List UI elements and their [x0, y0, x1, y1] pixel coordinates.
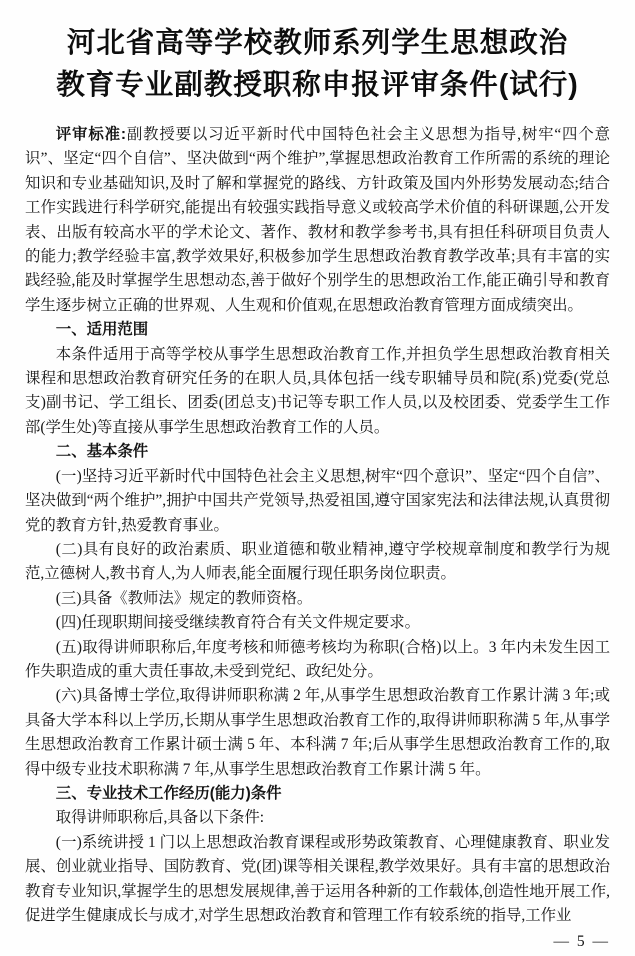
document-body: 评审标准:副教授要以习近平新时代中国特色社会主义思想为指导,树牢“四个意识”、坚… — [25, 123, 610, 928]
paragraph-applicable-scope: 本条件适用于高等学校从事学生思想政治教育工作,并担负学生思想政治教育相关课程和思… — [25, 343, 610, 441]
intro-paragraph: 评审标准:副教授要以习近平新时代中国特色社会主义思想为指导,树牢“四个意识”、坚… — [25, 123, 610, 318]
paragraph-experience-condition-1: (一)系统讲授 1 门以上思想政治教育课程或形势政策教育、心理健康教育、职业发展… — [25, 831, 610, 929]
page-title: 河北省高等学校教师系列学生思想政治 教育专业副教授职称申报评审条件(试行) — [0, 0, 635, 106]
paragraph-basic-condition-4: (四)任现职期间接受继续教育符合有关文件规定要求。 — [25, 611, 610, 635]
page-title-line-1: 河北省高等学校教师系列学生思想政治 — [10, 22, 625, 64]
intro-text: 副教授要以习近平新时代中国特色社会主义思想为指导,树牢“四个意识”、坚定“四个自… — [25, 126, 610, 314]
document-page: 河北省高等学校教师系列学生思想政治 教育专业副教授职称申报评审条件(试行) 评审… — [0, 0, 635, 956]
page-number: — 5 — — [554, 933, 611, 951]
paragraph-basic-condition-3: (三)具备《教师法》规定的教师资格。 — [25, 587, 610, 611]
heading-basic-conditions: 二、基本条件 — [25, 440, 610, 464]
paragraph-basic-condition-6: (六)具备博士学位,取得讲师职称满 2 年,从事学生思想政治教育工作累计满 3 … — [25, 684, 610, 782]
heading-applicable-scope: 一、适用范围 — [25, 318, 610, 342]
paragraph-basic-condition-2: (二)具有良好的政治素质、职业道德和敬业精神,遵守学校规章制度和教学行为规范,立… — [25, 538, 610, 587]
heading-professional-experience: 三、专业技术工作经历(能力)条件 — [25, 782, 610, 806]
paragraph-basic-condition-5: (五)取得讲师职称后,年度考核和师德考核均为称职(合格)以上。3 年内未发生因工… — [25, 636, 610, 685]
page-title-line-2: 教育专业副教授职称申报评审条件(试行) — [10, 64, 625, 106]
paragraph-experience-intro: 取得讲师职称后,具备以下条件: — [25, 806, 610, 830]
paragraph-basic-condition-1: (一)坚持习近平新时代中国特色社会主义思想,树牢“四个意识”、坚定“四个自信”、… — [25, 465, 610, 538]
review-standard-label: 评审标准: — [56, 126, 126, 143]
